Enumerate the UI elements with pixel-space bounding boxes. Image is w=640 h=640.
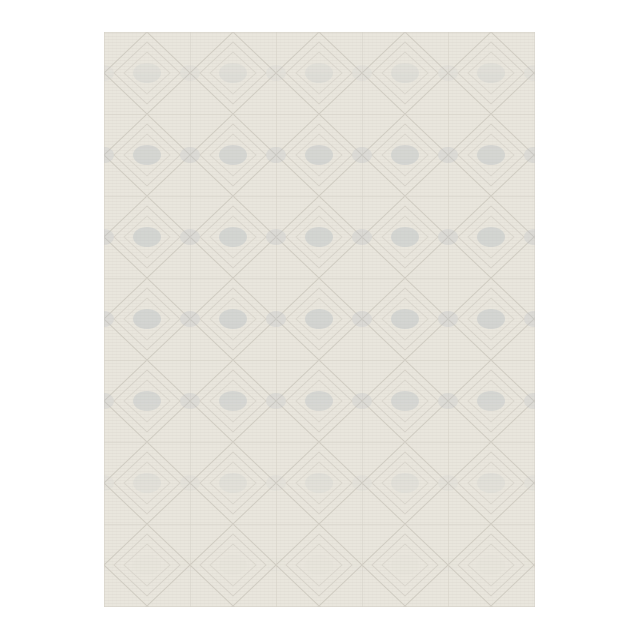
- rug-pattern: [104, 32, 535, 607]
- rug: [104, 32, 535, 607]
